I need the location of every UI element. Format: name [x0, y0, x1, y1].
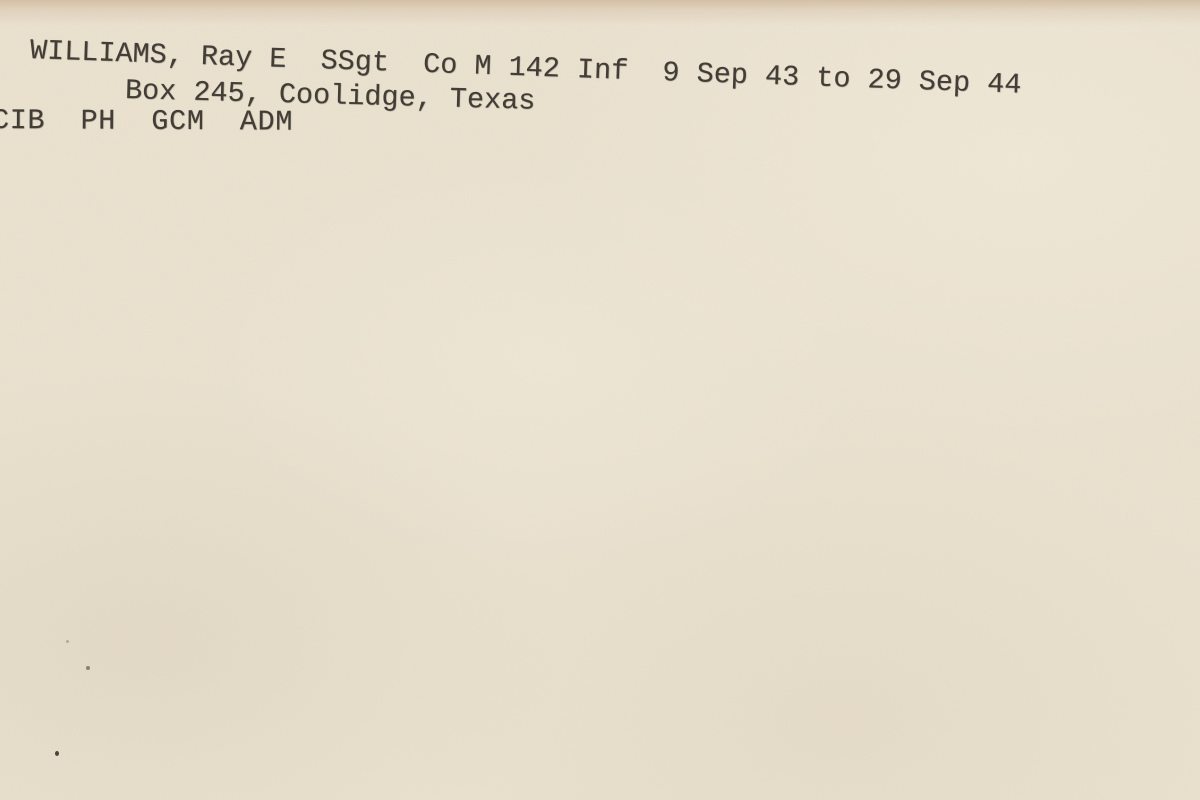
paper-speck — [66, 640, 69, 643]
paper-speck — [86, 666, 90, 670]
awards-decorations-line: CIB PH GCM ADM — [0, 106, 293, 138]
scanned-card: WILLIAMS, Ray E SSgt Co M 142 Inf 9 Sep … — [0, 0, 1200, 800]
paper-speck — [55, 751, 59, 756]
